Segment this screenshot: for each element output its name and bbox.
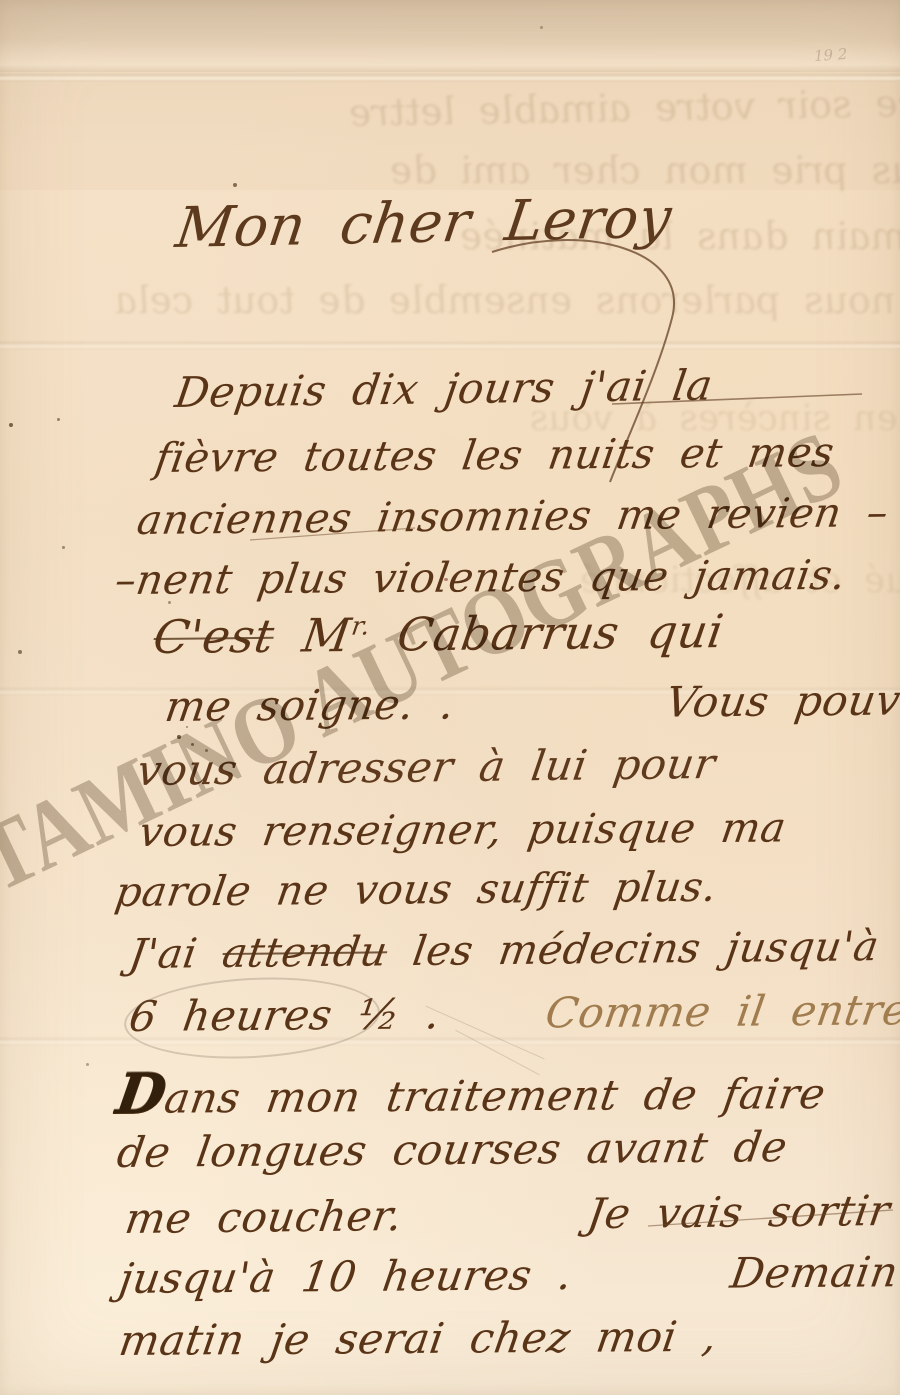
- ink-speck: [233, 183, 237, 187]
- letter-scan: Je reçois ce soir votre aimable lettre e…: [0, 0, 900, 1395]
- ink-speck: [177, 735, 181, 739]
- manuscript-line: Dans mon traitement de faire: [112, 1057, 831, 1127]
- manuscript-line: Depuis dix jours j'ai la: [172, 361, 716, 417]
- ink-speck: [86, 1063, 89, 1066]
- fold-crease: [0, 72, 900, 82]
- ink-speck: [18, 650, 22, 654]
- struck-word: attendu: [219, 927, 391, 977]
- ink-speck: [57, 418, 60, 421]
- manuscript-line: vous adresser à lui pour: [134, 739, 719, 795]
- manuscript-line: J'ai attendu les médecins jusqu'à: [126, 922, 882, 978]
- manuscript-line: fièvre toutes les nuits et mes: [152, 428, 837, 482]
- manuscript-line: vous renseigner, puisque ma: [136, 803, 790, 856]
- fold-crease: [0, 340, 900, 350]
- bleedthrough-text: nous parlerons ensemble de tout cela: [112, 278, 899, 322]
- pencil-corner-note: 19 2: [813, 45, 848, 65]
- manuscript-line: me soigne. . Vous pouvez: [162, 675, 900, 731]
- paper-top-shadow: [0, 0, 900, 72]
- bleedthrough-text: Je reçois ce soir votre aimable lettre: [346, 77, 900, 134]
- manuscript-line: jusqu'à 10 heures . Demain: [116, 1247, 900, 1303]
- manuscript-line: me coucher. Je vais sortir: [122, 1186, 894, 1243]
- manuscript-line: parole ne vous suffit plus.: [112, 863, 720, 916]
- ink-speck: [62, 546, 65, 549]
- ink-speck: [9, 423, 13, 427]
- manuscript-line: C'est Mr. Cabarrus qui: [150, 604, 727, 664]
- manuscript-line: –nent plus violentes que jamais.: [112, 551, 849, 604]
- salutation-line: Mon cher Leroy: [172, 186, 676, 261]
- faded-ink-phrase: Comme il entre: [436, 985, 900, 1038]
- manuscript-line: 6 heures ½ . Comme il entre: [126, 985, 900, 1041]
- manuscript-line: anciennes insomnies me revien –: [134, 488, 892, 544]
- ink-speck: [540, 26, 543, 29]
- manuscript-line: de longues courses avant de: [114, 1122, 791, 1177]
- manuscript-line: matin je serai chez moi ,: [116, 1312, 721, 1365]
- struck-word: C'est: [150, 609, 278, 664]
- paper-tone-band: [0, 80, 900, 190]
